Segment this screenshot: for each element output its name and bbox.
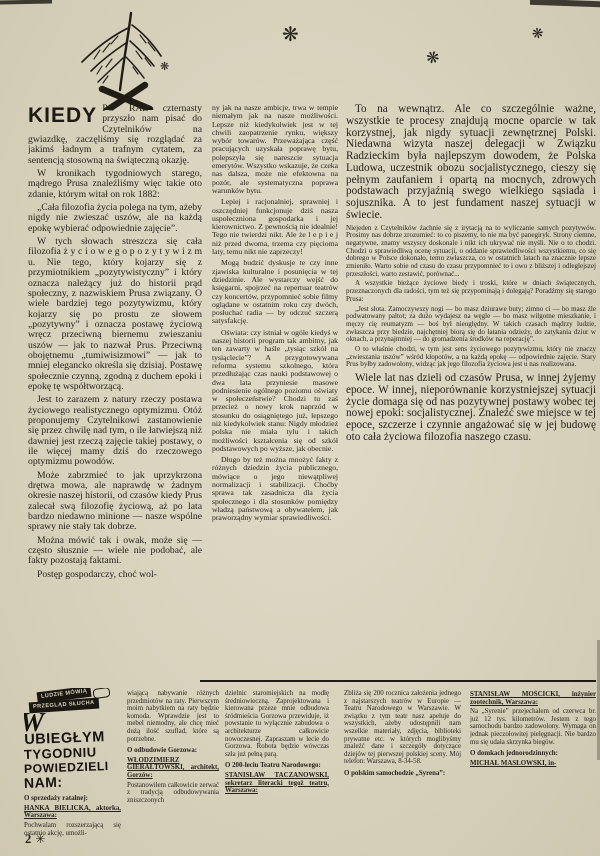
rubric-logo-line: NAM: xyxy=(24,773,121,791)
vox-column-2: wiającą nabywanie różnych przedmiotów na… xyxy=(127,690,219,856)
vox-column-4: Zbliża się 200 rocznica założenia jedneg… xyxy=(344,690,461,856)
newspaper-page: { "page": { "number": "2", "ornament": "… xyxy=(0,0,600,856)
vox-paragraph: dzielnic staromiejskich na modłę średnio… xyxy=(225,690,329,758)
vox-speaker: STANISŁAW MOŚCICKI, inżynier zootechnik,… xyxy=(470,691,596,706)
article-paragraph: ny jak na nasze ambicje, trwa w tempie n… xyxy=(212,104,338,195)
snowflake-icon: ❋ xyxy=(282,22,299,46)
rubric-logo: W UBIEGŁYM TYGODNIU POWIEDZIELI NAM: xyxy=(24,713,121,791)
vox-topic-heading: O polskim samochodzie „Syrena”: xyxy=(344,770,461,778)
vox-paragraph: wiającą nabywanie różnych przedmiotów na… xyxy=(127,690,219,743)
rubric-badge: LUDZIE MÓWIĄ PRZEGLĄD SŁUCHA xyxy=(24,688,121,710)
article-column-1: KIEDY PO RAZ czternasty przyszło nam pis… xyxy=(28,104,202,664)
article-paragraph: W tych słowach streszcza się cała filozo… xyxy=(28,237,202,392)
vox-paragraph: Zbliża się 200 rocznica założenia jedneg… xyxy=(344,690,461,766)
vox-column-5: STANISŁAW MOŚCICKI, inżynier zootechnik,… xyxy=(470,690,596,856)
snowflake-icon: ❋ xyxy=(424,47,442,69)
vox-speaker: MICHAŁ MASŁOWSKI, in- xyxy=(470,760,596,768)
small-print-paragraph: „Jest słota. Zamoczywszy nogi — bo masz … xyxy=(346,306,596,345)
small-print-section: Niejeden z Czytelników żachnie się z iry… xyxy=(346,225,596,370)
small-print-paragraph: A wszystkie bieżące życiowe biedy i tros… xyxy=(346,280,596,303)
vox-speaker: HANKA BIELICKA, aktorka, Warszawa: xyxy=(24,805,121,820)
article-paragraph: „Cała filozofia życia polega na tym, aże… xyxy=(28,203,202,234)
vox-topic-heading: O domkach jednorodzinnych: xyxy=(470,750,596,758)
page-number: 2✳ xyxy=(25,832,45,847)
vox-column-3: dzielnic staromiejskich na modłę średnio… xyxy=(225,690,329,856)
small-print-paragraph: Niejeden z Czytelników żachnie się z iry… xyxy=(346,225,596,279)
scan-artifact xyxy=(0,0,52,4)
article-paragraph: Może zabrzmieć to jak uprzykrzona drętwa… xyxy=(28,471,202,533)
vox-speaker: STANISŁAW TACZANOWSKI, sekretarz literac… xyxy=(225,772,329,795)
article-column-2: ny jak na nasze ambicje, trwa w tempie n… xyxy=(212,104,338,676)
headline: KIEDY xyxy=(28,105,97,126)
vox-paragraph: Postanowiłem całkowicie zerwać z tradycj… xyxy=(127,782,219,805)
section-divider xyxy=(200,680,596,682)
page-number-value: 2 xyxy=(25,832,31,846)
vox-topic-heading: O sprzedaży ratalnej: xyxy=(24,795,121,803)
vox-topic-heading: O odbudowie Gorzowa: xyxy=(127,747,219,755)
article-paragraph: Można mówić tak i owak, może się — częst… xyxy=(28,536,202,567)
vox-speaker: WŁODZIMIERZ GIERAŁTOWSKI, architekt, Gor… xyxy=(127,757,219,780)
article-paragraph: Lepiej i racjonalniej, sprawniej i oszcz… xyxy=(212,198,338,256)
vox-paragraph: Na „Syrenie” przejechałem od czerwca br.… xyxy=(470,708,596,746)
article-paragraph: Długo by też można mnożyć fakty z różnyc… xyxy=(212,456,338,522)
article-paragraph: Postęp gospodarczy, choć wol- xyxy=(28,570,202,580)
scan-artifact xyxy=(530,0,600,7)
vox-column-1: LUDZIE MÓWIĄ PRZEGLĄD SŁUCHA W UBIEGŁYM … xyxy=(24,688,121,856)
snowflake-icon: ❋ xyxy=(160,60,169,73)
small-print-paragraph: O to właśnie chodzi, w tym jest sens życ… xyxy=(346,346,596,369)
vox-topic-heading: O 200-leciu Teatru Narodowego: xyxy=(225,762,329,770)
article-paragraph: W kronikach tygodniowych starego, mądreg… xyxy=(28,169,202,200)
rubric-logo-line: UBIEGŁYM xyxy=(24,710,121,748)
ornament-icon: ✳ xyxy=(35,832,45,846)
article-column-wide: To na wewnątrz. Ale co szczególnie ważne… xyxy=(346,104,596,676)
article-paragraph: To na wewnątrz. Ale co szczególnie ważne… xyxy=(346,104,596,222)
article-paragraph: Wiele lat nas dzieli od czasów Prusa, w … xyxy=(346,373,596,444)
article-paragraph: Jest to zarazem z natury rzeczy postawa … xyxy=(28,395,202,467)
article-paragraph: Oświata: czy istniał w ogóle kiedyś w na… xyxy=(212,329,338,453)
article-paragraph: Mogą budzić dyskusje te czy inne zjawisk… xyxy=(212,259,338,325)
snowflake-icon: ❋ xyxy=(531,25,545,43)
